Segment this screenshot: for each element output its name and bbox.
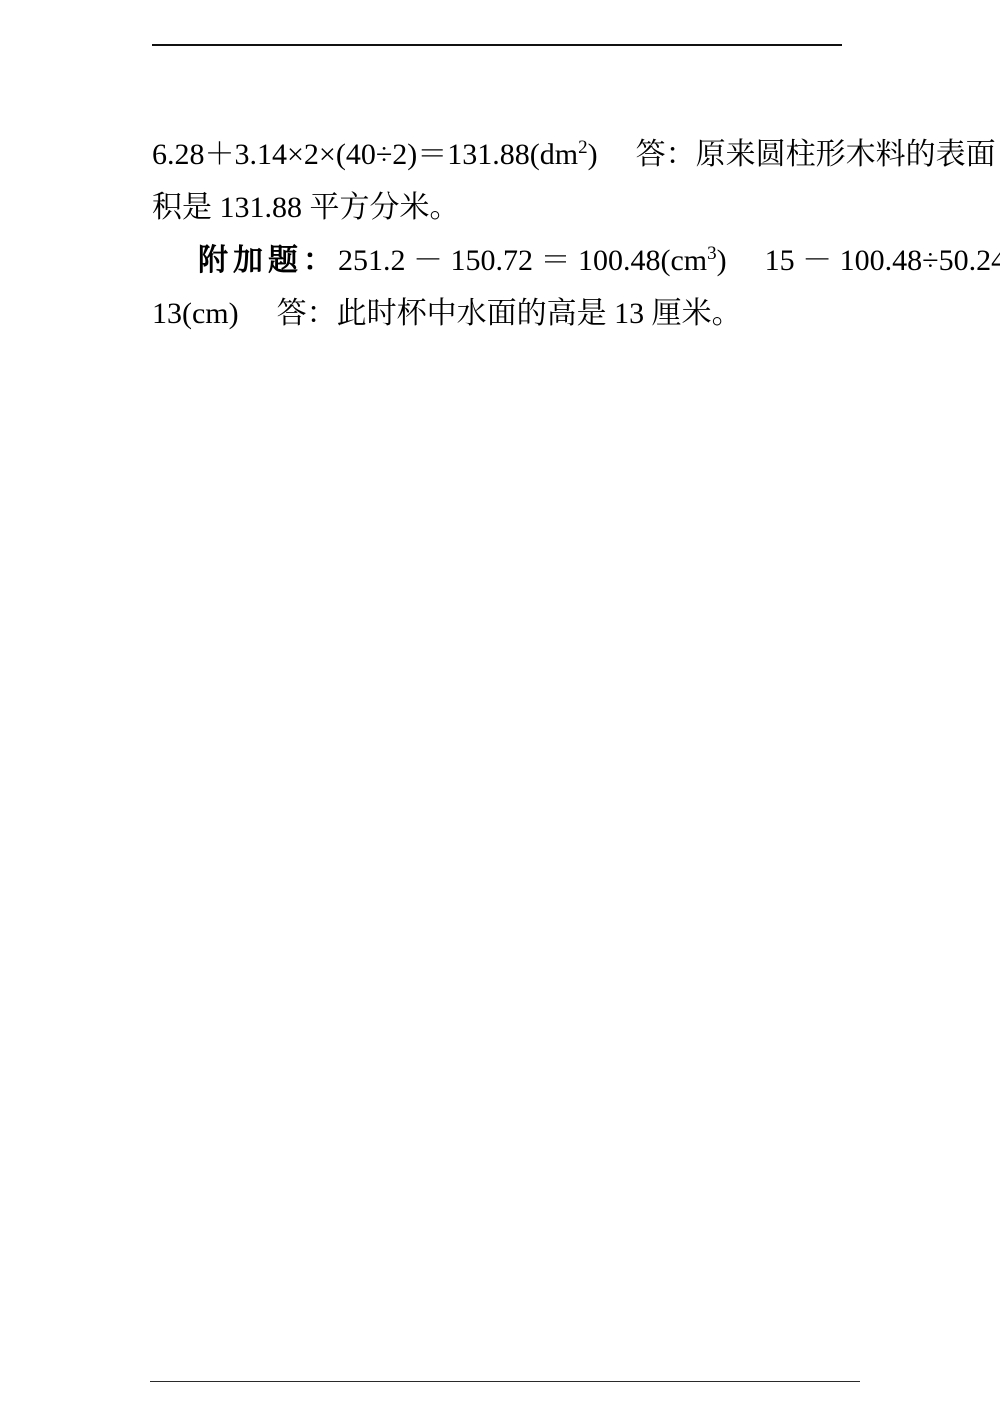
- dm-superscript: 2: [578, 137, 588, 158]
- formula-close-paren: ): [588, 138, 598, 171]
- bonus-question-label: 附加题：: [198, 244, 338, 277]
- solution-line-4: 13(cm)答：此时杯中水面的高是 13 厘米。: [152, 287, 868, 340]
- document-page: { "document": { "paragraph1": { "line1":…: [0, 0, 1000, 1415]
- answer-text-water-height: 答：此时杯中水面的高是 13 厘米。: [277, 297, 742, 330]
- answer-text-continued: 积是 131.88 平方分米。: [152, 191, 460, 224]
- formula-surface-area: 6.28＋3.14×2×(40÷2)＝131.88(dm: [152, 138, 578, 171]
- answer-text-surface-area: 答：原来圆柱形木料的表面: [636, 138, 996, 171]
- header-divider-rule: [152, 44, 842, 46]
- solution-line-3: 附加题：251.2 － 150.72 ＝ 100.48(cm3)15 － 100…: [152, 234, 868, 287]
- formula-volume: 251.2 － 150.72 ＝ 100.48(cm: [338, 244, 707, 277]
- formula-height: 15 － 100.48÷50.24 ＝: [765, 244, 1000, 277]
- cm-superscript: 3: [707, 243, 717, 264]
- formula-volume-close-paren: ): [717, 244, 727, 277]
- footer-divider-rule: [150, 1381, 860, 1382]
- formula-height-result: 13(cm): [152, 297, 239, 330]
- answers-text-block: 6.28＋3.14×2×(40÷2)＝131.88(dm2)答：原来圆柱形木料的…: [152, 128, 868, 340]
- solution-line-1: 6.28＋3.14×2×(40÷2)＝131.88(dm2)答：原来圆柱形木料的…: [152, 128, 868, 181]
- solution-line-2: 积是 131.88 平方分米。: [152, 181, 868, 234]
